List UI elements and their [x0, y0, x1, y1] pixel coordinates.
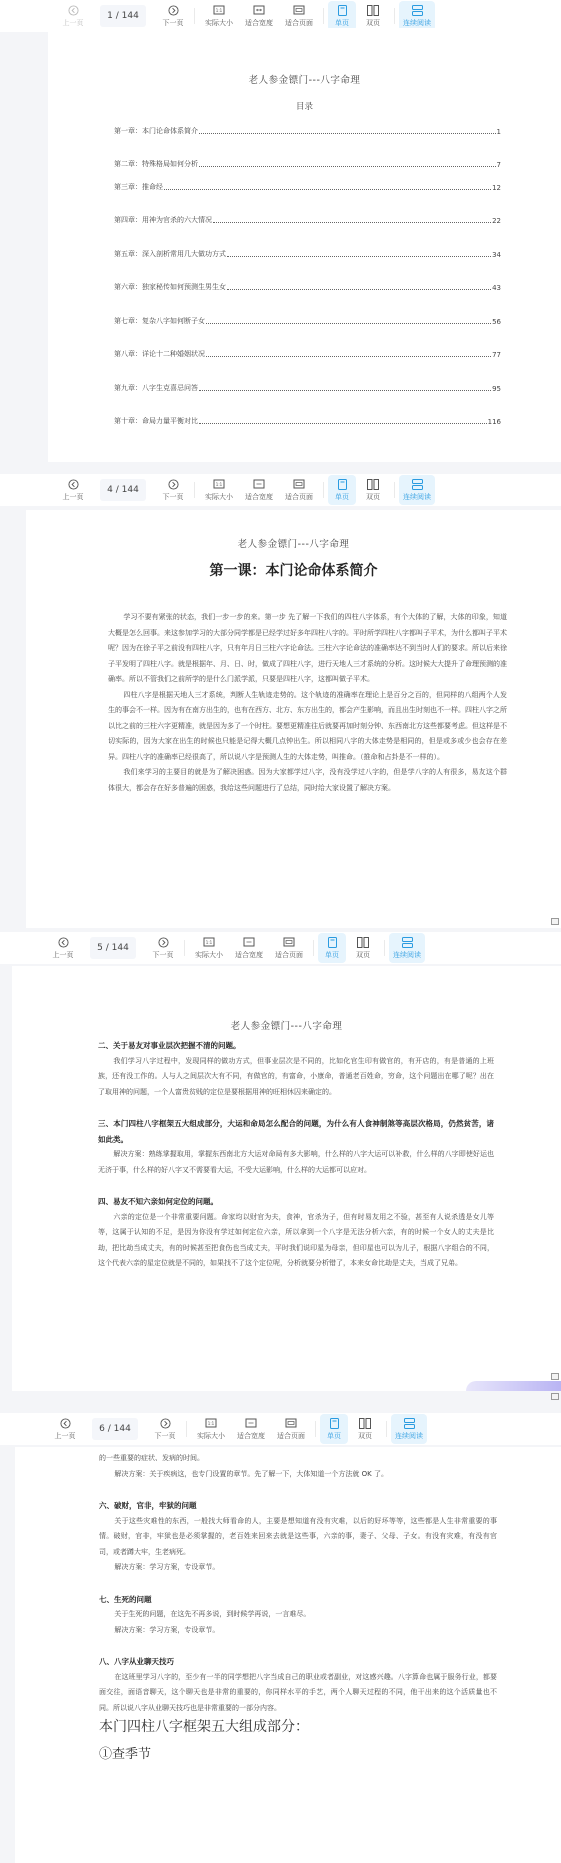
toc-entry[interactable]: 第五章：深入剖析常用几大做功方式34 — [114, 249, 501, 259]
next-page-button[interactable]: 下一页 — [148, 1414, 182, 1444]
chevron-right-circle-icon — [167, 4, 179, 16]
next-page-button[interactable]: 下一页 — [156, 475, 190, 505]
continuous-read-button[interactable]: 连续阅读 — [391, 1414, 427, 1444]
divider — [394, 482, 395, 498]
svg-text:1:1: 1:1 — [216, 482, 223, 487]
document-page-5: 老人参金镖门---八字命理 二、关于易友对事业层次把握不清的问题。 我们学习八字… — [12, 966, 561, 1391]
paragraph: 解决方案：关于疾病这，也专门设置的章节。先了解一下，大体知道一个方法就 OK 了… — [99, 1467, 497, 1483]
double-page-button[interactable]: 双页 — [348, 1414, 382, 1444]
fit-width-icon — [245, 1417, 257, 1429]
paragraph: 我们学习八字过程中，发现同样的做功方式，但事业层次是不同的，比如化官生印有做官的… — [98, 1054, 494, 1101]
fit-page-icon — [285, 1417, 297, 1429]
paragraph: 我们来学习的主要目的就是为了解决困惑。因为大家都学过八字，没有没学过八字的，但是… — [108, 765, 507, 796]
divider — [384, 940, 385, 956]
single-page-icon — [336, 4, 348, 16]
fit-page-button[interactable]: 适合页面 — [271, 1414, 311, 1444]
double-page-icon — [357, 936, 369, 948]
paragraph: 关于这些灾难性的东西，一般找大师看命的人，主要是想知道有没有灾难，以后的好坏等等… — [99, 1514, 497, 1561]
fit-page-icon — [283, 936, 295, 948]
fit-width-icon — [253, 4, 265, 16]
prev-page-label: 上一页 — [53, 950, 74, 960]
toc-entry[interactable]: 第九章：八字生克喜忌问答95 — [114, 383, 501, 393]
fit-width-button[interactable]: 适合宽度 — [239, 1, 279, 31]
fit-page-icon — [293, 4, 305, 16]
double-page-icon — [367, 478, 379, 490]
single-page-label: 单页 — [335, 492, 349, 502]
single-page-button[interactable]: 单页 — [328, 475, 356, 505]
chevron-right-circle-icon — [167, 478, 179, 490]
divider — [315, 1421, 316, 1437]
actual-size-icon: 1:1 — [203, 936, 215, 948]
prev-page-button[interactable]: 上一页 — [56, 1, 90, 31]
paragraph: 解决方案：学习方案，专设章节。 — [99, 1623, 497, 1639]
continuous-read-button[interactable]: 连续阅读 — [399, 1, 435, 31]
fit-width-label: 适合宽度 — [237, 1431, 265, 1441]
svg-text:1:1: 1:1 — [216, 8, 223, 13]
next-page-button[interactable]: 下一页 — [156, 1, 190, 31]
side-panel-toggle-icon[interactable] — [551, 918, 559, 925]
document-page-6: 的一些重要的症状、发病的时间。 解决方案：关于疾病这，也专门设置的章节。先了解一… — [15, 1447, 561, 1863]
paragraph: 六亲的定位是一个非常重要问题。命家均以财官为夫，食神，官杀为子，但有时易友用之不… — [98, 1210, 494, 1272]
reader-toolbar: 上一页 6 / 144 下一页 1:1实际大小 适合宽度 适合页面 单页 双页 … — [0, 1413, 561, 1445]
svg-text:1:1: 1:1 — [206, 940, 213, 945]
actual-size-icon: 1:1 — [205, 1417, 217, 1429]
page-number-input[interactable]: 1 / 144 — [100, 5, 146, 27]
lesson-body: 学习不要有紧张的状态，我们一步一步的来。第一步 先了解一下我们的四柱八字体系，有… — [108, 610, 507, 796]
toc-title: 目录 — [48, 100, 561, 112]
continuous-read-icon — [411, 4, 423, 16]
continuous-read-icon — [403, 1417, 415, 1429]
divider — [194, 482, 195, 498]
fit-page-label: 适合页面 — [285, 492, 313, 502]
document-header: 老人参金镖门---八字命理 — [12, 1018, 561, 1032]
page-body: 二、关于易友对事业层次把握不清的问题。 我们学习八字过程中，发现同样的做功方式，… — [98, 1038, 494, 1272]
actual-size-label: 实际大小 — [205, 18, 233, 28]
page-number-input[interactable]: 6 / 144 — [92, 1418, 138, 1440]
section-heading: 二、关于易友对事业层次把握不清的问题。 — [98, 1038, 494, 1054]
actual-size-icon: 1:1 — [213, 478, 225, 490]
screen-4: 上一页 6 / 144 下一页 1:1实际大小 适合宽度 适合页面 单页 双页 … — [0, 1391, 561, 1863]
actual-size-label: 实际大小 — [205, 492, 233, 502]
actual-size-button[interactable]: 1:1实际大小 — [189, 933, 229, 963]
single-page-button[interactable]: 单页 — [318, 933, 346, 963]
reader-toolbar: 上一页 5 / 144 下一页 1:1实际大小 适合宽度 适合页面 单页 双页 … — [0, 932, 561, 964]
toc-entry[interactable]: 第四章：用神为官杀的六大情况22 — [114, 215, 501, 225]
double-page-label: 双页 — [356, 950, 370, 960]
fit-page-button[interactable]: 适合页面 — [269, 933, 309, 963]
actual-size-label: 实际大小 — [197, 1431, 225, 1441]
paragraph: 解决方案：熟练掌握取用，掌握东西南北方大运对命局有多大影响，什么样的八字大运可以… — [98, 1147, 494, 1178]
divider — [313, 940, 314, 956]
double-page-label: 双页 — [366, 18, 380, 28]
fit-width-button[interactable]: 适合宽度 — [231, 1414, 271, 1444]
actual-size-button[interactable]: 1:1实际大小 — [191, 1414, 231, 1444]
toc-entry[interactable]: 第一章：本门论命体系简介1 — [114, 126, 501, 136]
framework-item: ①查季节 — [99, 1744, 497, 1766]
section-heading: 四、易友不知六亲如何定位的问题。 — [98, 1194, 494, 1210]
toc-entry[interactable]: 第十章：命局力量平衡对比116 — [114, 416, 501, 426]
next-page-label: 下一页 — [163, 492, 184, 502]
floating-assistant-bar[interactable] — [466, 1381, 561, 1391]
toc-entry[interactable]: 第六章：独家秘传如何预测生男生女43 — [114, 282, 501, 292]
continuous-read-label: 连续阅读 — [403, 18, 431, 28]
actual-size-label: 实际大小 — [195, 950, 223, 960]
chevron-left-circle-icon — [67, 478, 79, 490]
single-page-label: 单页 — [325, 950, 339, 960]
double-page-button[interactable]: 双页 — [346, 933, 380, 963]
actual-size-button[interactable]: 1:1 实际大小 — [199, 1, 239, 31]
single-page-icon — [326, 936, 338, 948]
chevron-left-circle-icon — [59, 1417, 71, 1429]
lesson-heading: 第一课：本门论命体系简介 — [26, 560, 561, 580]
double-page-label: 双页 — [366, 492, 380, 502]
fit-page-label: 适合页面 — [285, 18, 313, 28]
page-number-input[interactable]: 5 / 144 — [90, 937, 136, 959]
fit-page-icon — [293, 478, 305, 490]
divider — [323, 482, 324, 498]
continuous-read-button[interactable]: 连续阅读 — [389, 933, 425, 963]
double-page-label: 双页 — [358, 1431, 372, 1441]
prev-page-button[interactable]: 上一页 — [56, 475, 90, 505]
divider — [386, 1421, 387, 1437]
paragraph: 关于生死的问题，在这先不再多说，到时候学再说，一言难尽。 — [99, 1607, 497, 1623]
next-page-button[interactable]: 下一页 — [146, 933, 180, 963]
single-page-button[interactable]: 单页 — [328, 1, 356, 31]
toc-entry[interactable]: 第七章：复杂八字如何断子女56 — [114, 316, 501, 326]
section-heading: 三、本门四柱八字框架五大组成部分，大运和命局怎么配合的问题，为什么有人食神制煞等… — [98, 1116, 494, 1147]
page-number-input[interactable]: 4 / 144 — [100, 479, 146, 501]
fit-width-label: 适合宽度 — [245, 492, 273, 502]
fit-width-icon — [243, 936, 255, 948]
screen-2: 上一页 4 / 144 下一页 1:1实际大小 适合宽度 适合页面 单页 双页 … — [0, 462, 561, 928]
divider — [194, 8, 195, 24]
next-page-label: 下一页 — [155, 1431, 176, 1441]
divider — [323, 8, 324, 24]
section-heading: 七、生死的问题 — [99, 1592, 497, 1608]
single-page-label: 单页 — [327, 1431, 341, 1441]
page-body: 的一些重要的症状、发病的时间。 解决方案：关于疾病这，也专门设置的章节。先了解一… — [99, 1451, 497, 1766]
actual-size-button[interactable]: 1:1实际大小 — [199, 475, 239, 505]
single-page-icon — [336, 478, 348, 490]
section-heading: 八、八字从业聊天技巧 — [99, 1654, 497, 1670]
side-panel-toggle-icon[interactable] — [551, 1373, 559, 1380]
screen-3: 上一页 5 / 144 下一页 1:1实际大小 适合宽度 适合页面 单页 双页 … — [0, 928, 561, 1391]
continuous-read-icon — [411, 478, 423, 490]
actual-size-icon: 1:1 — [213, 4, 225, 16]
document-header: 老人参金镖门---八字命理 — [48, 72, 561, 86]
fit-width-button[interactable]: 适合宽度 — [239, 475, 279, 505]
document-header: 老人参金镖门---八字命理 — [26, 536, 561, 550]
single-page-button[interactable]: 单页 — [320, 1414, 348, 1444]
document-page-4: 老人参金镖门---八字命理 第一课：本门论命体系简介 学习不要有紧张的状态，我们… — [26, 510, 561, 928]
fit-width-icon — [253, 478, 265, 490]
double-page-button[interactable]: 双页 — [356, 1, 390, 31]
toc-entry[interactable]: 第八章：详论十二种婚姻状况77 — [114, 349, 501, 359]
svg-text:1:1: 1:1 — [208, 1421, 215, 1426]
double-page-button[interactable]: 双页 — [356, 475, 390, 505]
document-page-toc: 老人参金镖门---八字命理 目录 第一章：本门论命体系简介1 第二章：特殊格局如… — [48, 28, 561, 462]
prev-page-label: 上一页 — [63, 18, 84, 28]
paragraph: 在这班里学习八字的，至少有一半的同学想把八字当成自己的职业或者副业，对这感兴趣。… — [99, 1670, 497, 1717]
divider — [394, 8, 395, 24]
divider — [186, 1421, 187, 1437]
paragraph: 解决方案：学习方案，专设章节。 — [99, 1560, 497, 1576]
fit-page-label: 适合页面 — [277, 1431, 305, 1441]
continuous-read-label: 连续阅读 — [403, 492, 431, 502]
paragraph: 四柱八字是根据天地人三才系统，判断人生轨迹走势的。这个轨迹的准确率在理论上是百分… — [108, 688, 507, 766]
chevron-right-circle-icon — [159, 1417, 171, 1429]
fit-page-label: 适合页面 — [275, 950, 303, 960]
double-page-icon — [359, 1417, 371, 1429]
continuous-read-button[interactable]: 连续阅读 — [399, 475, 435, 505]
paragraph: 学习不要有紧张的状态，我们一步一步的来。第一步 先了解一下我们的四柱八字体系，有… — [108, 610, 507, 688]
fit-page-button[interactable]: 适合页面 — [279, 475, 319, 505]
next-page-label: 下一页 — [163, 18, 184, 28]
framework-heading: 本门四柱八字框架五大组成部分： — [99, 1716, 497, 1738]
prev-page-label: 上一页 — [63, 492, 84, 502]
fit-width-label: 适合宽度 — [235, 950, 263, 960]
toc-entry[interactable]: 第三章：推命经12 — [114, 182, 501, 192]
single-page-icon — [328, 1417, 340, 1429]
prev-page-label: 上一页 — [55, 1431, 76, 1441]
paragraph: 的一些重要的症状、发病的时间。 — [99, 1451, 497, 1467]
screen-1: 上一页 1 / 144 下一页 1:1 实际大小 适合宽度 适合页面 — [0, 0, 561, 462]
continuous-read-icon — [401, 936, 413, 948]
prev-page-button[interactable]: 上一页 — [46, 933, 80, 963]
toc-entry[interactable]: 第二章：特殊格局如何分析7 — [114, 159, 501, 169]
double-page-icon — [367, 4, 379, 16]
side-panel-toggle-icon[interactable] — [551, 1393, 559, 1400]
chevron-left-circle-icon — [57, 936, 69, 948]
chevron-left-circle-icon — [67, 4, 79, 16]
reader-toolbar: 上一页 4 / 144 下一页 1:1实际大小 适合宽度 适合页面 单页 双页 … — [0, 474, 561, 506]
fit-width-label: 适合宽度 — [245, 18, 273, 28]
chevron-right-circle-icon — [157, 936, 169, 948]
prev-page-button[interactable]: 上一页 — [48, 1414, 82, 1444]
divider — [184, 940, 185, 956]
continuous-read-label: 连续阅读 — [393, 950, 421, 960]
next-page-label: 下一页 — [153, 950, 174, 960]
single-page-label: 单页 — [335, 18, 349, 28]
section-heading: 六、破财，官非，牢狱的问题 — [99, 1498, 497, 1514]
fit-width-button[interactable]: 适合宽度 — [229, 933, 269, 963]
fit-page-button[interactable]: 适合页面 — [279, 1, 319, 31]
continuous-read-label: 连续阅读 — [395, 1431, 423, 1441]
